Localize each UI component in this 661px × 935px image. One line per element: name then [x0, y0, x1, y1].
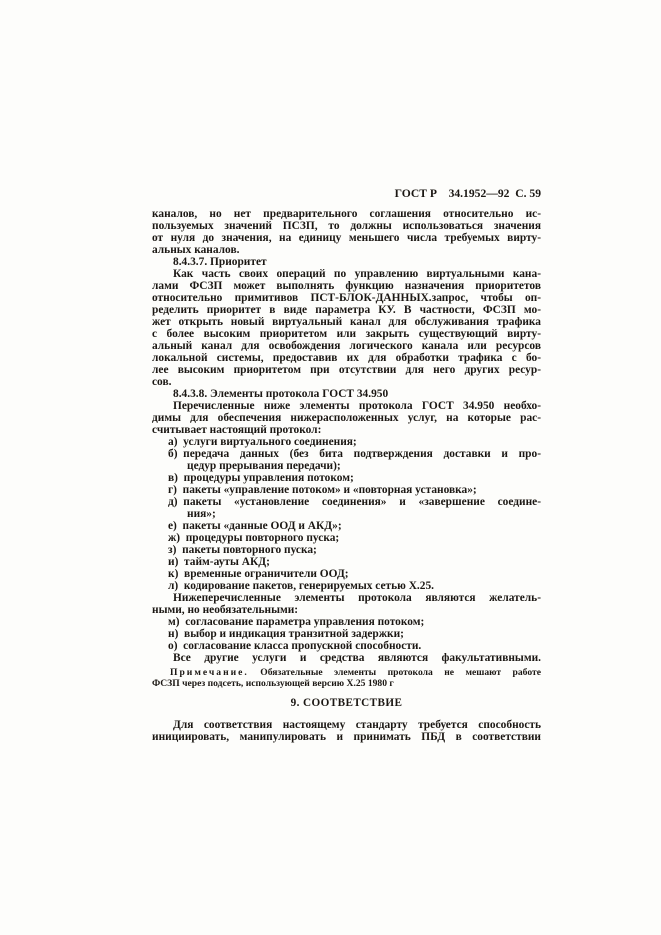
text-line: считывает настоящий протокол:	[152, 424, 541, 436]
text-line: в) процедуры управления потоком;	[152, 472, 541, 484]
list-item: о) согласование класса пропускной способ…	[152, 640, 541, 652]
text-line: альных каналов.	[152, 244, 541, 256]
text-line: ными, но необязательными:	[152, 604, 541, 616]
list-item: м) согласование параметра управления пот…	[152, 616, 541, 628]
text-line: ФСЗП через подсеть, использующей версию …	[152, 678, 541, 689]
text-line: 8.4.3.7. Приоритет	[152, 256, 541, 268]
list-item: к) временные ограничители ООД;	[152, 568, 541, 580]
text-line: ния»;	[152, 508, 541, 520]
text-line: о) согласование класса пропускной способ…	[152, 640, 541, 652]
paragraph: Как часть своих операций по управлению в…	[152, 268, 541, 388]
paragraph: Для соответствия настоящему стандарту тр…	[152, 719, 541, 743]
text-line: Перечисленные ниже элементы протокола ГО…	[152, 400, 541, 412]
text-line: относительно примитивов ПСТ-БЛОК-ДАННЫХ.…	[152, 292, 541, 304]
clause-heading: 8.4.3.7. Приоритет	[152, 256, 541, 268]
text-line: с более высоким приоритетом или закрыть …	[152, 328, 541, 340]
section-heading: 9. СООТВЕТСТВИЕ	[152, 697, 541, 710]
text-line: Все другие услуги и средства являются фа…	[152, 652, 541, 664]
clause-heading: 8.4.3.8. Элементы протокола ГОСТ 34.950	[152, 388, 541, 400]
text-line: жет открыть новый виртуальный канал для …	[152, 316, 541, 328]
text-line: к) временные ограничители ООД;	[152, 568, 541, 580]
paragraph-continuation: каналов, но нет предварительного соглаше…	[152, 208, 541, 256]
text-line: и) тайм-ауты АКД;	[152, 556, 541, 568]
text-line: м) согласование параметра управления пот…	[152, 616, 541, 628]
text-line: л) кодирование пакетов, генерируемых сет…	[152, 580, 541, 592]
list-item: б) передача данных (без бита подтвержден…	[152, 448, 541, 472]
list-item: ж) процедуры повторного пуска;	[152, 532, 541, 544]
paragraph: Перечисленные ниже элементы протокола ГО…	[152, 400, 541, 436]
text-line: н) выбор и индикация транзитной задержки…	[152, 628, 541, 640]
text-line: б) передача данных (без бита подтвержден…	[152, 448, 541, 460]
list-item: г) пакеты «управление потоком» и «повтор…	[152, 484, 541, 496]
text-line: д) пакеты «установление соединения» и «з…	[152, 496, 541, 508]
paragraph: Все другие услуги и средства являются фа…	[152, 652, 541, 664]
note-label: Примечание.	[170, 667, 249, 678]
list-item: з) пакеты повторного пуска;	[152, 544, 541, 556]
paragraph: Нижеперечисленные элементы протокола явл…	[152, 592, 541, 616]
text-line: е) пакеты «данные ООД и АКД»;	[152, 520, 541, 532]
text-line: Примечание. Обязательные элементы проток…	[152, 667, 541, 678]
list-item: в) процедуры управления потоком;	[152, 472, 541, 484]
text-line: от нуля до значения, на единицу меньшего…	[152, 232, 541, 244]
text-line: альный канал для освобождения логическог…	[152, 340, 541, 352]
text-line: сов.	[152, 376, 541, 388]
section-heading-text: 9. СООТВЕТСТВИЕ	[152, 697, 541, 710]
list-item: д) пакеты «установление соединения» и «з…	[152, 496, 541, 520]
list-item: а) услуги виртуального соединения;	[152, 436, 541, 448]
text-line: димы для обеспечения нижерасположенных у…	[152, 412, 541, 424]
text-line: лее высоким приоритетом при отсутствии д…	[152, 364, 541, 376]
text-line: каналов, но нет предварительного соглаше…	[152, 208, 541, 220]
text-line: 8.4.3.8. Элементы протокола ГОСТ 34.950	[152, 388, 541, 400]
text-line: лами ФСЗП может выполнять функцию назнач…	[152, 280, 541, 292]
text-line: ж) процедуры повторного пуска;	[152, 532, 541, 544]
text-line: ределить приоритет в виде параметра КУ. …	[152, 304, 541, 316]
list-item: н) выбор и индикация транзитной задержки…	[152, 628, 541, 640]
document-page: ГОСТ Р 34.1952—92 С. 59 каналов, но нет …	[0, 0, 661, 935]
text-line: Нижеперечисленные элементы протокола явл…	[152, 592, 541, 604]
text-line: инициировать, манипулировать и принимать…	[152, 731, 541, 743]
list-item: и) тайм-ауты АКД;	[152, 556, 541, 568]
text-line: локальной системы, предоставив их для об…	[152, 352, 541, 364]
list-item: е) пакеты «данные ООД и АКД»;	[152, 520, 541, 532]
document-body: каналов, но нет предварительного соглаше…	[152, 208, 541, 743]
text-line: Для соответствия настоящему стандарту тр…	[152, 719, 541, 731]
text-line: а) услуги виртуального соединения;	[152, 436, 541, 448]
text-line: пользуемых значений ПСЗП, то должны испо…	[152, 220, 541, 232]
list-item: л) кодирование пакетов, генерируемых сет…	[152, 580, 541, 592]
text-line: Как часть своих операций по управлению в…	[152, 268, 541, 280]
text-line: г) пакеты «управление потоком» и «повтор…	[152, 484, 541, 496]
text-line: цедур прерывания передачи);	[152, 460, 541, 472]
text-line: з) пакеты повторного пуска;	[152, 544, 541, 556]
page-header: ГОСТ Р 34.1952—92 С. 59	[152, 187, 541, 200]
footnote: Примечание. Обязательные элементы проток…	[152, 667, 541, 689]
